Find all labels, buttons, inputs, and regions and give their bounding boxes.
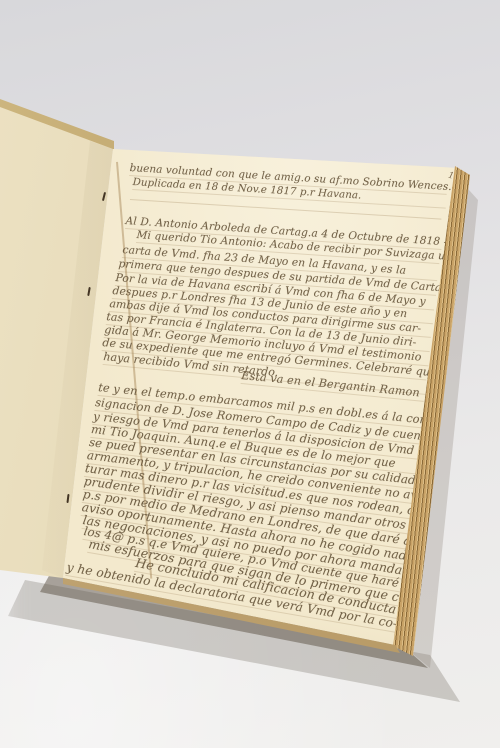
photograph: buena voluntad con que le amig.o su af.m… bbox=[0, 0, 500, 748]
